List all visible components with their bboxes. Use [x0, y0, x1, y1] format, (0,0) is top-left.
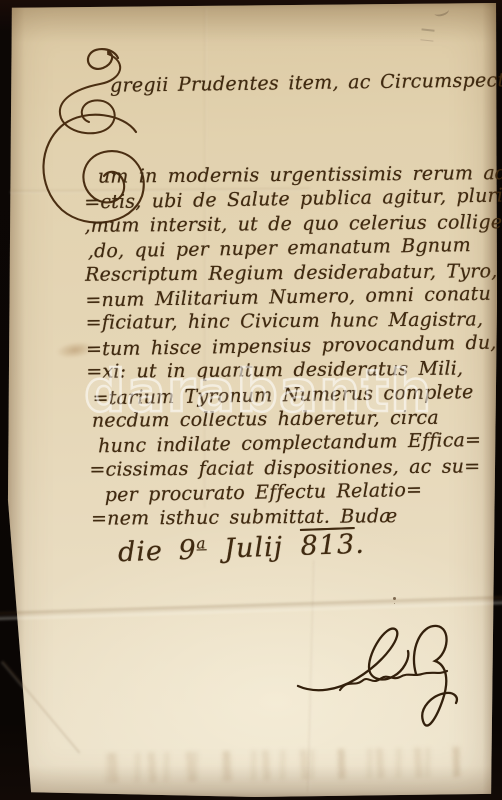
body-line: =nem isthuc submittat. Budæ: [91, 503, 502, 531]
date-year: 813: [300, 529, 356, 562]
initial-letter-e: E: [42, 46, 81, 109]
date-suffix: .: [355, 529, 366, 560]
document-photo: E gregii Prudentes item, ac Circumspecti…: [0, 0, 502, 800]
initial-letter-c: C: [34, 110, 75, 173]
pencil-mark: [420, 28, 434, 41]
signature-drawing: [296, 616, 488, 746]
date-prefix: die 9: [118, 535, 198, 569]
signature-flourish: [296, 616, 488, 746]
ink-dot: [393, 597, 396, 600]
date-superscript: a: [196, 534, 207, 552]
body-paragraph: um in modernis urgentissimis rerum adjun…: [84, 160, 502, 531]
date-month: Julij: [224, 532, 284, 565]
